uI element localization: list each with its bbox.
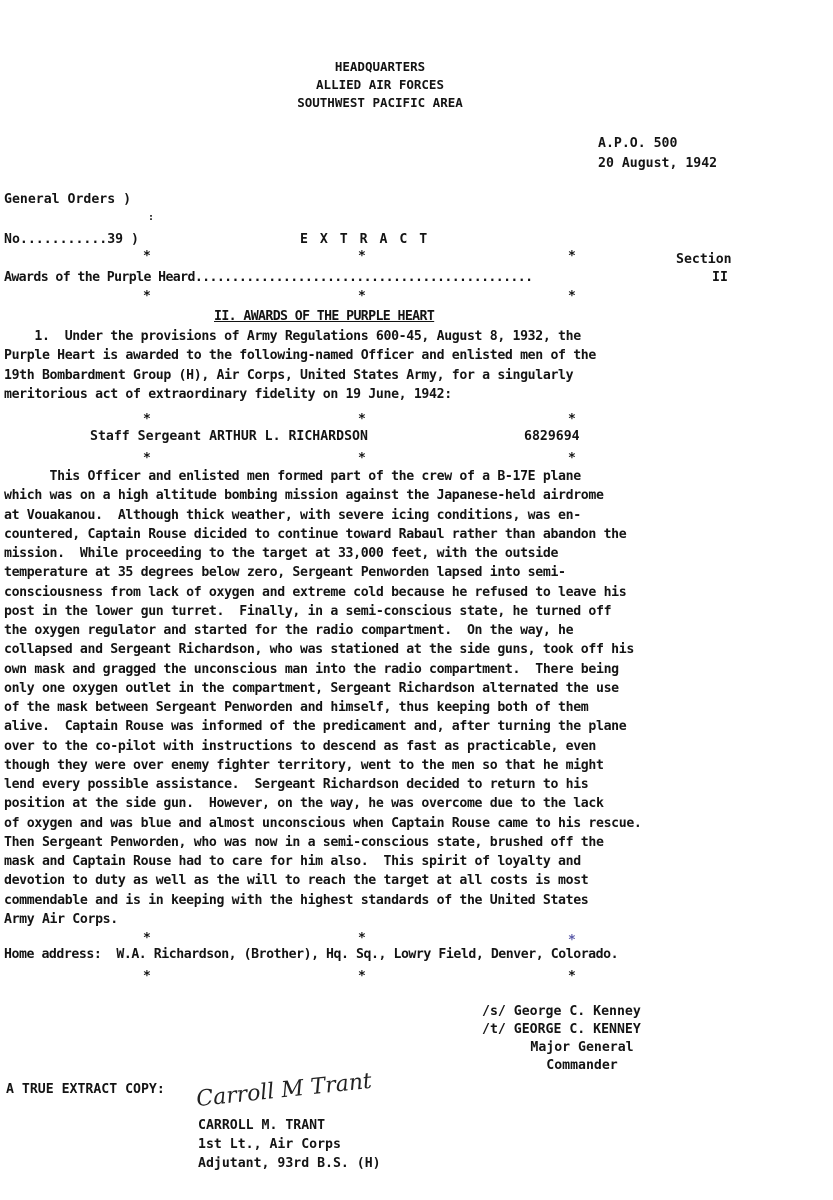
text-line: countered, Captain Rouse dicided to cont… [4, 525, 626, 544]
handwritten-signature: Carroll M Trant [195, 1069, 373, 1112]
separator-star: * [568, 290, 576, 303]
separator-star: * [568, 250, 576, 263]
separator-star: * [568, 452, 576, 465]
signer-rank: Major General [482, 1040, 682, 1055]
text-line: at Vouakanou. Although thick weather, wi… [4, 506, 581, 525]
text-line: Purple Heart is awarded to the following… [4, 346, 596, 365]
separator-star: * [143, 413, 151, 426]
text-line: of the mask between Sergeant Penworden a… [4, 698, 588, 717]
section-label: Section [676, 252, 732, 267]
header-line-2: ALLIED AIR FORCES [0, 76, 760, 94]
text-line: only one oxygen outlet in the compartmen… [4, 679, 619, 698]
order-number: No...........39 ) [4, 232, 139, 247]
text-line: mask and Captain Rouse had to care for h… [4, 852, 581, 871]
text-line: of oxygen and was blue and almost uncons… [4, 814, 642, 833]
separator-star: * [568, 413, 576, 426]
separator-star: * [143, 970, 151, 983]
text-line: collapsed and Sergeant Richardson, who w… [4, 640, 634, 659]
separator-star: * [568, 934, 576, 947]
text-line: meritorious act of extraordinary fidelit… [4, 385, 452, 404]
text-line: mission. While proceeding to the target … [4, 544, 558, 563]
text-line: though they were over enemy fighter terr… [4, 756, 604, 775]
separator-star: * [143, 290, 151, 303]
text-line: commendable and is in keeping with the h… [4, 891, 588, 910]
header-line-3: SOUTHWEST PACIFIC AREA [0, 94, 760, 112]
text-line: devotion to duty as well as the will to … [4, 871, 588, 890]
separator-star: * [143, 250, 151, 263]
true-copy-label: A TRUE EXTRACT COPY: [6, 1082, 165, 1097]
separator-star: * [143, 452, 151, 465]
separator-star: * [358, 250, 366, 263]
header-line-1: HEADQUARTERS [0, 58, 760, 76]
recipient-name: Staff Sergeant ARTHUR L. RICHARDSON [90, 429, 368, 444]
text-line: 19th Bombardment Group (H), Air Corps, U… [4, 366, 573, 385]
signer-title: Commander [482, 1058, 682, 1073]
text-line: own mask and gragged the unconscious man… [4, 660, 619, 679]
typed-name: /t/ GEORGE C. KENNEY [482, 1022, 641, 1037]
text-line: This Officer and enlisted men formed par… [4, 467, 581, 486]
certifier-name: CARROLL M. TRANT [198, 1118, 325, 1133]
text-line: over to the co-pilot with instructions t… [4, 737, 596, 756]
awards-line: Awards of the Purple Heard..............… [4, 270, 532, 285]
document-date: 20 August, 1942 [598, 156, 717, 171]
signed-name: /s/ George C. Kenney [482, 1004, 641, 1019]
text-line: lend every possible assistance. Sergeant… [4, 775, 588, 794]
certifier-position: Adjutant, 93rd B.S. (H) [198, 1156, 381, 1171]
text-line: 1. Under the provisions of Army Regulati… [4, 327, 581, 346]
separator-star: * [143, 932, 151, 945]
section-number: II [712, 270, 728, 285]
separator-star: * [358, 970, 366, 983]
text-line: consciousness from lack of oxygen and ex… [4, 583, 626, 602]
text-line: position at the side gun. However, on th… [4, 794, 604, 813]
separator-star: * [358, 932, 366, 945]
recipient-serial: 6829694 [524, 429, 580, 444]
text-line: temperature at 35 degrees below zero, Se… [4, 563, 566, 582]
section-title: II. AWARDS OF THE PURPLE HEART [214, 309, 434, 324]
extract-heading: E X T R A C T [300, 232, 429, 247]
bracket-mark: : [148, 212, 154, 223]
certifier-rank: 1st Lt., Air Corps [198, 1137, 341, 1152]
text-line: the oxygen regulator and started for the… [4, 621, 573, 640]
text-line: alive. Captain Rouse was informed of the… [4, 717, 626, 736]
separator-star: * [358, 413, 366, 426]
separator-star: * [568, 970, 576, 983]
text-line: which was on a high altitude bombing mis… [4, 486, 604, 505]
text-line: Then Sergeant Penworden, who was now in … [4, 833, 604, 852]
general-orders-label: General Orders ) [4, 192, 131, 207]
home-address: Home address: W.A. Richardson, (Brother)… [4, 947, 618, 962]
text-line: post in the lower gun turret. Finally, i… [4, 602, 611, 621]
separator-star: * [358, 290, 366, 303]
text-line: Army Air Corps. [4, 910, 118, 929]
separator-star: * [358, 452, 366, 465]
apo-number: A.P.O. 500 [598, 136, 677, 151]
